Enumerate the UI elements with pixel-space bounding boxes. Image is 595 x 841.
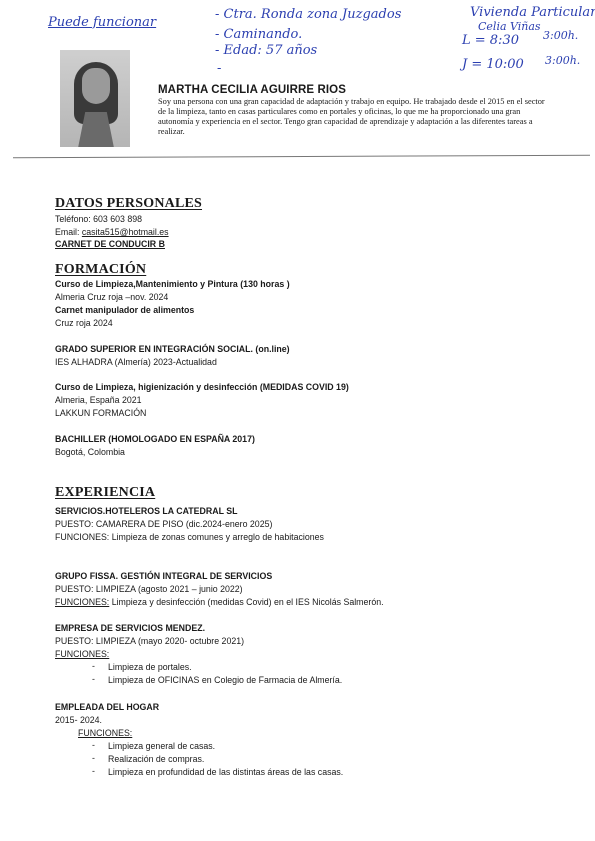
job-function-bullet: Realización de compras. [108, 753, 204, 765]
handwritten-note-vivienda: Vivienda Particular [470, 6, 595, 19]
formacion-item-detail: Bogotá, Colombia [55, 446, 125, 458]
formacion-item-title: Curso de Limpieza,Mantenimiento y Pintur… [55, 278, 290, 290]
job-position: PUESTO: LIMPIEZA (agosto 2021 – junio 20… [55, 583, 243, 595]
bullet-dash: - [92, 674, 95, 684]
formacion-item-detail: LAKKUN FORMACIÓN [55, 407, 146, 419]
job-company: SERVICIOS.HOTELEROS LA CATEDRAL SL [55, 505, 237, 517]
handwritten-note-puede-funcionar: Puede funcionar [48, 16, 156, 29]
job-function-bullet: Limpieza de OFICINAS en Colegio de Farma… [108, 674, 342, 686]
phone-number: Teléfono: 603 603 898 [55, 213, 142, 225]
formacion-item-title: BACHILLER (HOMOLOGADO EN ESPAÑA 2017) [55, 433, 255, 445]
job-functions-text: Limpieza de zonas comunes y arreglo de h… [109, 532, 324, 542]
section-title-datos-personales: DATOS PERSONALES [55, 196, 202, 212]
formacion-item-detail: Almeria Cruz roja –nov. 2024 [55, 291, 168, 303]
section-title-experiencia: EXPERIENCIA [55, 485, 155, 501]
section-title-formacion: FORMACIÓN [55, 262, 146, 278]
handwritten-note-dash: - [217, 62, 221, 75]
formacion-item-detail: IES ALHADRA (Almería) 2023-Actualidad [55, 356, 217, 368]
job-functions: FUNCIONES: Limpieza y desinfección (medi… [55, 596, 384, 608]
bullet-dash: - [92, 740, 95, 750]
formacion-item-title: GRADO SUPERIOR EN INTEGRACIÓN SOCIAL. (o… [55, 343, 290, 355]
email-link[interactable]: casita515@hotmail.es [82, 227, 169, 237]
handwritten-note-age: - Edad: 57 años [215, 44, 317, 57]
job-position: 2015- 2024. [55, 714, 102, 726]
handwritten-note-schedule-duration-1: 3:00h. [543, 30, 578, 41]
job-company: GRUPO FISSA. GESTIÓN INTEGRAL DE SERVICI… [55, 570, 272, 582]
job-function-bullet: Limpieza general de casas. [108, 740, 215, 752]
handwritten-note-schedule-duration-2: 3:00h. [545, 55, 580, 66]
job-company: EMPLEADA DEL HOGAR [55, 701, 159, 713]
job-functions-label: FUNCIONES: [78, 727, 132, 739]
job-functions-label: FUNCIONES: [55, 648, 109, 660]
job-position: PUESTO: CAMARERA DE PISO (dic.2024-enero… [55, 518, 272, 530]
job-functions: FUNCIONES: Limpieza de zonas comunes y a… [55, 531, 324, 543]
job-position: PUESTO: LIMPIEZA (mayo 2020- octubre 202… [55, 635, 244, 647]
header-divider [13, 155, 590, 159]
bullet-dash: - [92, 753, 95, 763]
email-row: Email: casita515@hotmail.es [55, 226, 169, 238]
job-company: EMPRESA DE SERVICIOS MENDEZ. [55, 622, 205, 634]
handwritten-note-schedule-day-1: L = 8:30 [462, 34, 519, 47]
bullet-dash: - [92, 661, 95, 671]
profile-summary: Soy una persona con una gran capacidad d… [158, 97, 550, 137]
formacion-item-detail: Cruz roja 2024 [55, 317, 113, 329]
job-function-bullet: Limpieza de portales. [108, 661, 192, 673]
handwritten-note-location: - Ctra. Ronda zona Juzgados [215, 8, 401, 21]
email-label: Email: [55, 227, 82, 237]
bullet-dash: - [92, 766, 95, 776]
photo-face [82, 68, 110, 104]
job-function-bullet: Limpieza en profundidad de las distintas… [108, 766, 343, 778]
handwritten-note-schedule-day-2: J = 10:00 [462, 58, 524, 71]
job-functions-label: FUNCIONES: [55, 597, 109, 607]
job-functions-label: FUNCIONES: [55, 532, 109, 542]
job-functions-text: Limpieza y desinfección (medidas Covid) … [109, 597, 383, 607]
formacion-item-title: Curso de Limpieza, higienización y desin… [55, 381, 349, 393]
profile-photo [60, 50, 130, 147]
candidate-name: MARTHA CECILIA AGUIRRE RIOS [158, 84, 346, 96]
formacion-item-title: Carnet manipulador de alimentos [55, 304, 194, 316]
handwritten-note-client-name: Celia Viñas [478, 21, 541, 32]
driving-license: CARNET DE CONDUCIR B [55, 238, 165, 250]
handwritten-note-commute: - Caminando. [215, 28, 302, 41]
formacion-item-detail: Almeria, España 2021 [55, 394, 142, 406]
